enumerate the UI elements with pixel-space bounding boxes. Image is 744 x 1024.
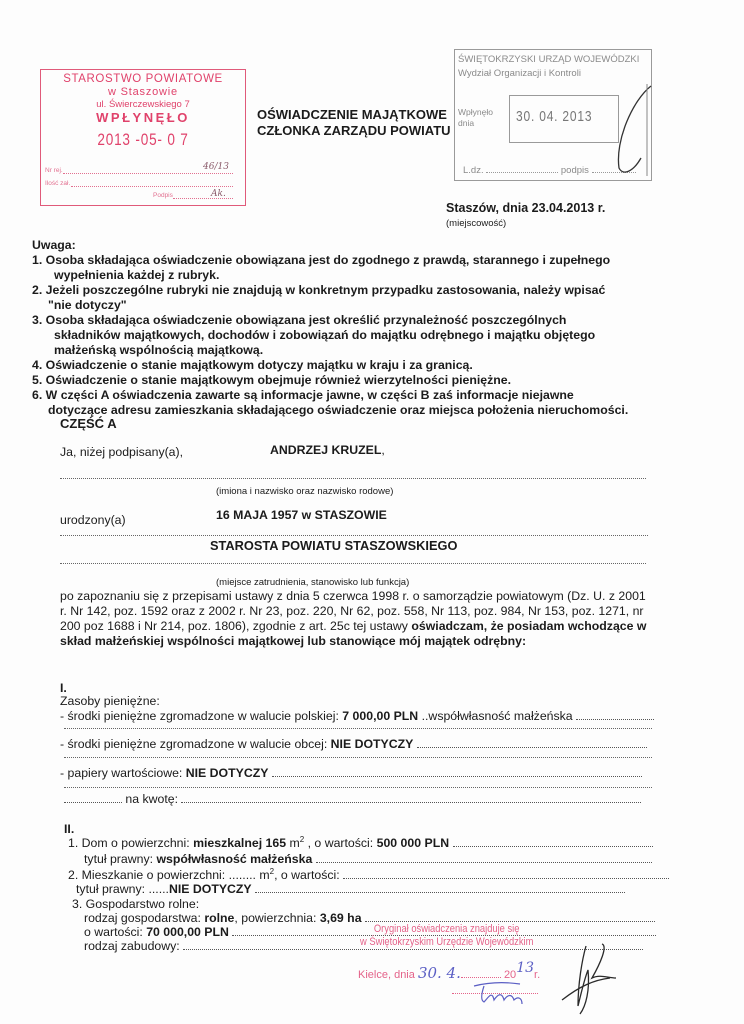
section-1-heading: I. [60, 681, 67, 695]
office-stamp: ŚWIĘTOKRZYSKI URZĄD WOJEWÓDZKI Wydział O… [454, 49, 652, 181]
note-item-cont: "nie dotyczy" [32, 298, 628, 313]
position-value: STAROSTA POWIATU STASZOWSKIEGO [210, 538, 457, 553]
flat-title-label: tytuł prawny: ...... [76, 882, 169, 896]
stamp-ilosc-zal-line [71, 186, 233, 187]
notes-heading: Uwaga: [32, 238, 628, 253]
name-dotted-line [60, 478, 646, 479]
farm-area-label: , powierzchnia: [234, 911, 319, 925]
place-date: Staszów, dnia 23.04.2013 r. [446, 201, 605, 215]
legal-paragraph-text: 200 poz 1688 i Nr 214, poz. 1806), zgodn… [60, 619, 411, 633]
house-title-label: tytuł prawny: [84, 852, 156, 866]
legal-paragraph-line: r. Nr 142, poz. 1592 oraz z 2002 r. Nr 2… [60, 604, 660, 619]
notes-section: Uwaga: 1. Osoba składająca oświadczenie … [32, 238, 628, 418]
stamp-podpis-value: Ak. [211, 189, 226, 199]
document-title-line2: CZŁONKA ZARZĄDU POWIATU [257, 123, 451, 139]
office-stamp-signature-icon [603, 80, 653, 180]
place-caption: (miejscowość) [446, 218, 506, 229]
farm-value: 70 000,00 PLN [146, 925, 229, 939]
note-item: 3. Osoba składająca oświadczenie obowiąz… [32, 313, 628, 328]
office-stamp-ldz-label: L.dz. [463, 165, 484, 176]
copy-stamp-line2: w Świętokrzyskim Urzędzie Wojewódzkim [360, 936, 533, 949]
stamp-nr-rej-value: 46/13 [203, 162, 229, 172]
cash-foreign-row: - środki pieniężne zgromadzone w walucie… [60, 737, 647, 751]
note-item-cont: składników majątkowych, dochodów i zobow… [32, 328, 628, 343]
amount-label: na kwotę: [122, 792, 178, 806]
amount-dots [181, 792, 641, 803]
securities-row: - papiery wartościowe: NIE DOTYCZY [60, 766, 642, 780]
stamp-received-date: 2013 -05- 0 7 [61, 130, 224, 150]
copy-stamp-year: 13 [516, 960, 534, 976]
flat-title-row: tytuł prawny: ......NIE DOTYCZY [76, 882, 625, 896]
stamp-ilosc-zal-label: Ilość zał. [45, 180, 70, 187]
office-stamp-date: 30. 04. 2013 [516, 108, 592, 125]
note-item-cont: dotyczące adresu zamieszkania składające… [32, 403, 628, 418]
securities-dots [272, 766, 642, 777]
house-value-label: , o wartości: [304, 836, 376, 850]
stamp-received-label: WPŁYNĘŁO [41, 110, 245, 125]
declarant-name: ANDRZEJ KRUZEL, [270, 443, 385, 457]
securities-value: NIE DOTYCZY [186, 766, 269, 780]
cash-pln-note: ..współwłasność małżeńska [418, 709, 572, 723]
house-row: 1. Dom o powierzchni: mieszkalnej 165 m2… [68, 835, 653, 850]
signature-icon [560, 940, 630, 1020]
securities-label: - papiery wartościowe: [60, 766, 186, 780]
copy-stamp-city: Kielce, dnia [358, 969, 415, 981]
legal-paragraph-line: 200 poz 1688 i Nr 214, poz. 1806), zgodn… [60, 619, 660, 634]
house-unit: m [286, 836, 300, 850]
copy-stamp-suffix: r. [534, 969, 540, 981]
stamp-city: w Staszowie [41, 86, 245, 98]
farm-type-value: rolne [204, 911, 234, 925]
born-dotted-line [60, 535, 648, 536]
cash-foreign-dots [417, 737, 647, 748]
cash-foreign-value: NIE DOTYCZY [331, 737, 414, 751]
note-item: 5. Oświadczenie o stanie majątkowym obej… [32, 373, 628, 388]
farm-type-label: rodzaj gospodarstwa: [84, 911, 204, 925]
cash-pln-value: 7 000,00 PLN [342, 709, 418, 723]
farm-area-value: 3,69 ha [320, 911, 362, 925]
legal-paragraph: po zapoznaniu się z przepisami ustawy z … [60, 589, 660, 649]
dotted-line [64, 787, 652, 788]
document-title: OŚWIADCZENIE MAJĄTKOWE CZŁONKA ZARZĄDU P… [257, 107, 451, 139]
house-value: 500 000 PLN [377, 836, 449, 850]
note-item: 4. Oświadczenie o stanie majątkowym doty… [32, 358, 628, 373]
flat-label: 2. Mieszkanie o powierzchni: ........ m [68, 868, 270, 882]
name-caption: (imiona i nazwisko oraz nazwisko rodowe) [216, 486, 393, 497]
signed-label: Ja, niżej podpisany(a), [60, 445, 183, 459]
legal-paragraph-bold: oświadczam, że posiadam wchodzące w [411, 619, 646, 633]
received-stamp: STAROSTWO POWIATOWE w Staszowie ul. Świe… [40, 69, 246, 206]
copy-stamp-line1: Oryginał oświadczenia znajduje się [360, 923, 533, 936]
dotted-line [64, 757, 652, 758]
cash-foreign-label: - środki pieniężne zgromadzone w walucie… [60, 737, 331, 751]
cash-pln-row: - środki pieniężne zgromadzone w walucie… [60, 709, 654, 723]
stamp-nr-rej-label: Nr rej. [45, 167, 63, 174]
house-area: mieszkalnej 165 [193, 836, 286, 850]
part-a-heading: CZĘŚĆ A [60, 416, 117, 431]
office-stamp-ldz-line [486, 162, 558, 173]
note-item: 6. W części A oświadczenia zawarte są in… [32, 388, 628, 403]
copy-stamp-day: 30. 4. [418, 964, 461, 982]
flat-dots [343, 868, 669, 879]
stamp-office-name: STAROSTWO POWIATOWE [41, 73, 245, 85]
buildings-label: rodzaj zabudowy: [84, 939, 180, 953]
legal-paragraph-line: po zapoznaniu się z przepisami ustawy z … [60, 589, 660, 604]
flat-title-dots [255, 882, 625, 893]
flat-title-value: NIE DOTYCZY [169, 882, 252, 896]
cash-pln-dots [576, 709, 654, 720]
house-title-dots [316, 852, 652, 863]
declarant-name-text: ANDRZEJ KRUZEL [270, 443, 381, 457]
section-2-heading: II. [64, 822, 74, 836]
farm-label: 3. Gospodarstwo rolne: [72, 897, 199, 911]
document-title-line1: OŚWIADCZENIE MAJĄTKOWE [257, 107, 451, 123]
note-item: 1. Osoba składająca oświadczenie obowiąz… [32, 253, 628, 268]
position-dotted-line [60, 563, 646, 564]
office-stamp-podpis-label: podpis [561, 165, 589, 176]
house-title-value: współwłasność małżeńska [156, 852, 312, 866]
house-title-row: tytuł prawny: współwłasność małżeńska [84, 852, 652, 866]
legal-paragraph-line: skład małżeńskiej wspólności majątkowej … [60, 634, 660, 649]
house-dots [453, 836, 653, 847]
cash-heading: Zasoby pieniężne: [60, 694, 160, 708]
cash-pln-label: - środki pieniężne zgromadzone w walucie… [60, 709, 342, 723]
amount-dots-pre [64, 792, 122, 803]
stamp-podpis-label: Podpis [153, 192, 173, 199]
copy-stamp: Oryginał oświadczenia znajduje się w Świ… [360, 923, 533, 949]
farm-type-dots [365, 911, 655, 922]
copy-stamp-dots [461, 967, 501, 978]
copy-stamp-signature-icon [470, 978, 530, 1008]
born-label: urodzony(a) [60, 513, 126, 527]
flat-row: 2. Mieszkanie o powierzchni: ........ m2… [68, 867, 669, 882]
stamp-nr-rej-line [63, 173, 233, 174]
office-stamp-received-label: Wpłynęło dnia [458, 107, 504, 129]
note-item-cont: małżeńską wspólnością majątkową. [32, 343, 628, 358]
born-value: 16 MAJA 1957 w STASZOWIE [216, 508, 387, 522]
dotted-line [64, 728, 652, 729]
note-item: 2. Jeżeli poszczególne rubryki nie znajd… [32, 283, 628, 298]
note-item-cont: wypełnienia każdej z rubryk. [32, 268, 628, 283]
position-caption: (miejsce zatrudnienia, stanowisko lub fu… [216, 577, 409, 588]
stamp-address: ul. Świerczewskiego 7 [41, 99, 245, 110]
amount-row: na kwotę: [64, 792, 641, 806]
house-label: 1. Dom o powierzchni: [68, 836, 193, 850]
office-stamp-department: Wydział Organizacji i Kontroli [458, 68, 581, 79]
farm-value-label: o wartości: [84, 925, 146, 939]
flat-value-label: , o wartości: [274, 868, 340, 882]
office-stamp-name: ŚWIĘTOKRZYSKI URZĄD WOJEWÓDZKI [458, 54, 639, 65]
